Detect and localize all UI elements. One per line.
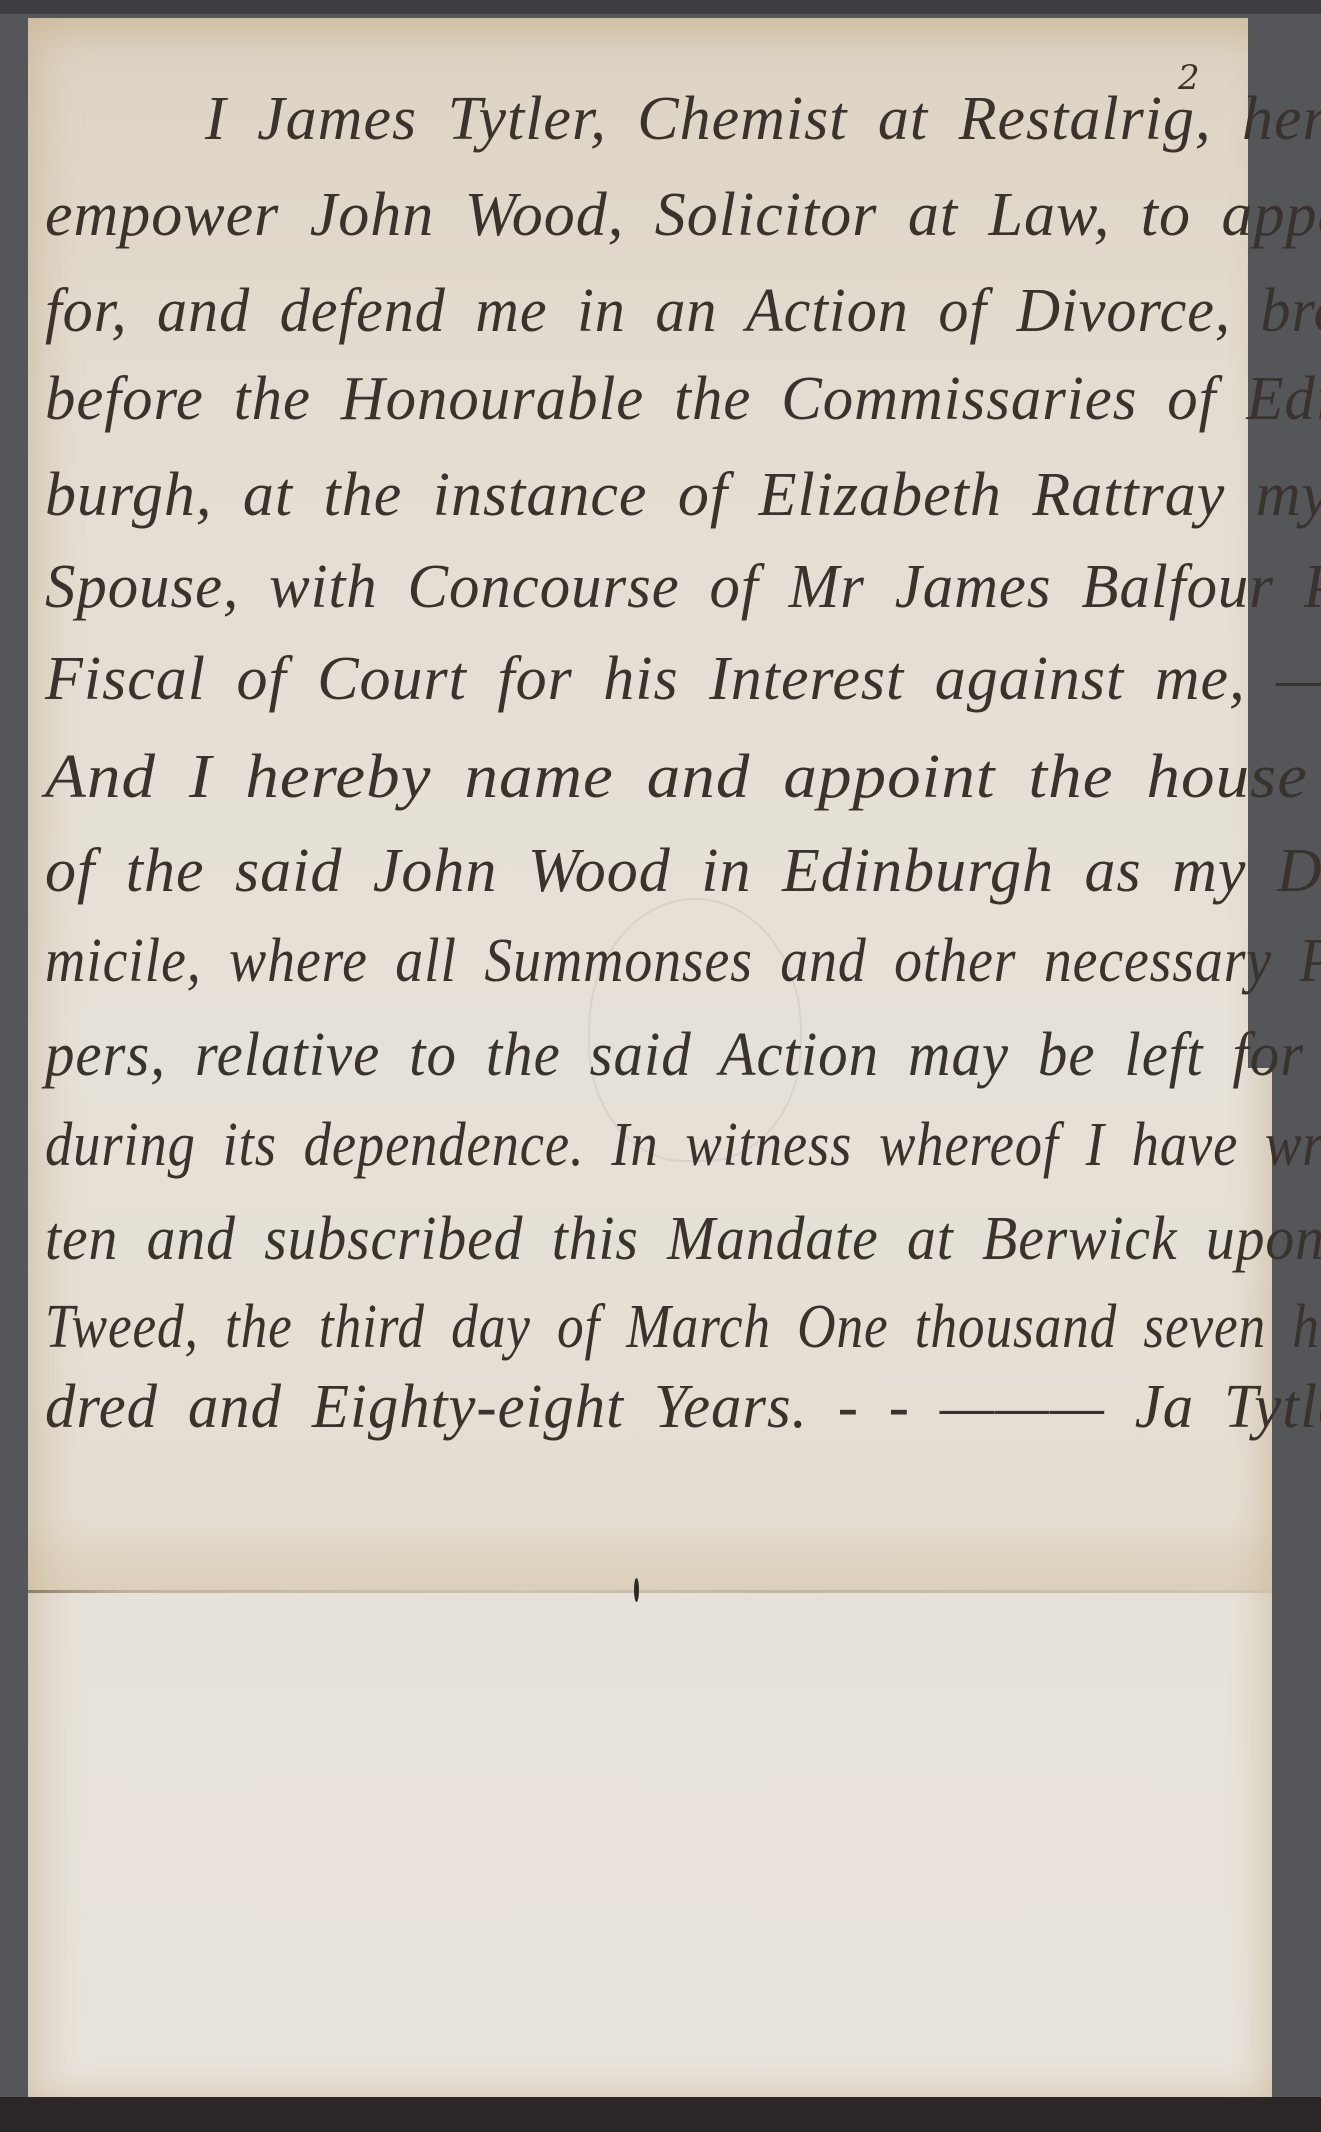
text-line-10: micile, where all Summonses and other ne… xyxy=(45,930,1321,992)
text-line-5: burgh, at the instance of Elizabeth Ratt… xyxy=(45,464,1321,526)
text-line-9: of the said John Wood in Edinburgh as my… xyxy=(45,840,1321,902)
text-line-6: Spouse, with Concourse of Mr James Balfo… xyxy=(45,556,1321,618)
text-line-12: during its dependence. In witness whereo… xyxy=(45,1114,1321,1176)
background-bottom-band xyxy=(0,2097,1321,2132)
page-edge-notch xyxy=(1248,18,1272,1068)
text-line-2: empower John Wood, Solicitor at Law, to … xyxy=(45,184,1321,246)
text-line-11: pers, relative to the said Action may be… xyxy=(45,1024,1321,1086)
background-top-shadow xyxy=(0,0,1321,14)
text-line-13: ten and subscribed this Mandate at Berwi… xyxy=(45,1208,1321,1270)
text-line-7: Fiscal of Court for his Interest against… xyxy=(45,648,1321,710)
text-line-15-with-signature: dred and Eighty-eight Years. - - ——— Ja … xyxy=(45,1376,1321,1438)
text-line-3: for, and defend me in an Action of Divor… xyxy=(45,280,1321,342)
text-line-14: Tweed, the third day of March One thousa… xyxy=(45,1296,1321,1358)
fold-stain xyxy=(28,1518,1272,1590)
text-line-4: before the Honourable the Commissaries o… xyxy=(45,368,1321,430)
text-line-8: And I hereby name and appoint the house xyxy=(45,746,1308,808)
text-line-1: I James Tytler, Chemist at Restalrig, he… xyxy=(205,88,1321,150)
fold-crease xyxy=(28,1590,1272,1593)
fold-tear-mark xyxy=(634,1578,639,1602)
